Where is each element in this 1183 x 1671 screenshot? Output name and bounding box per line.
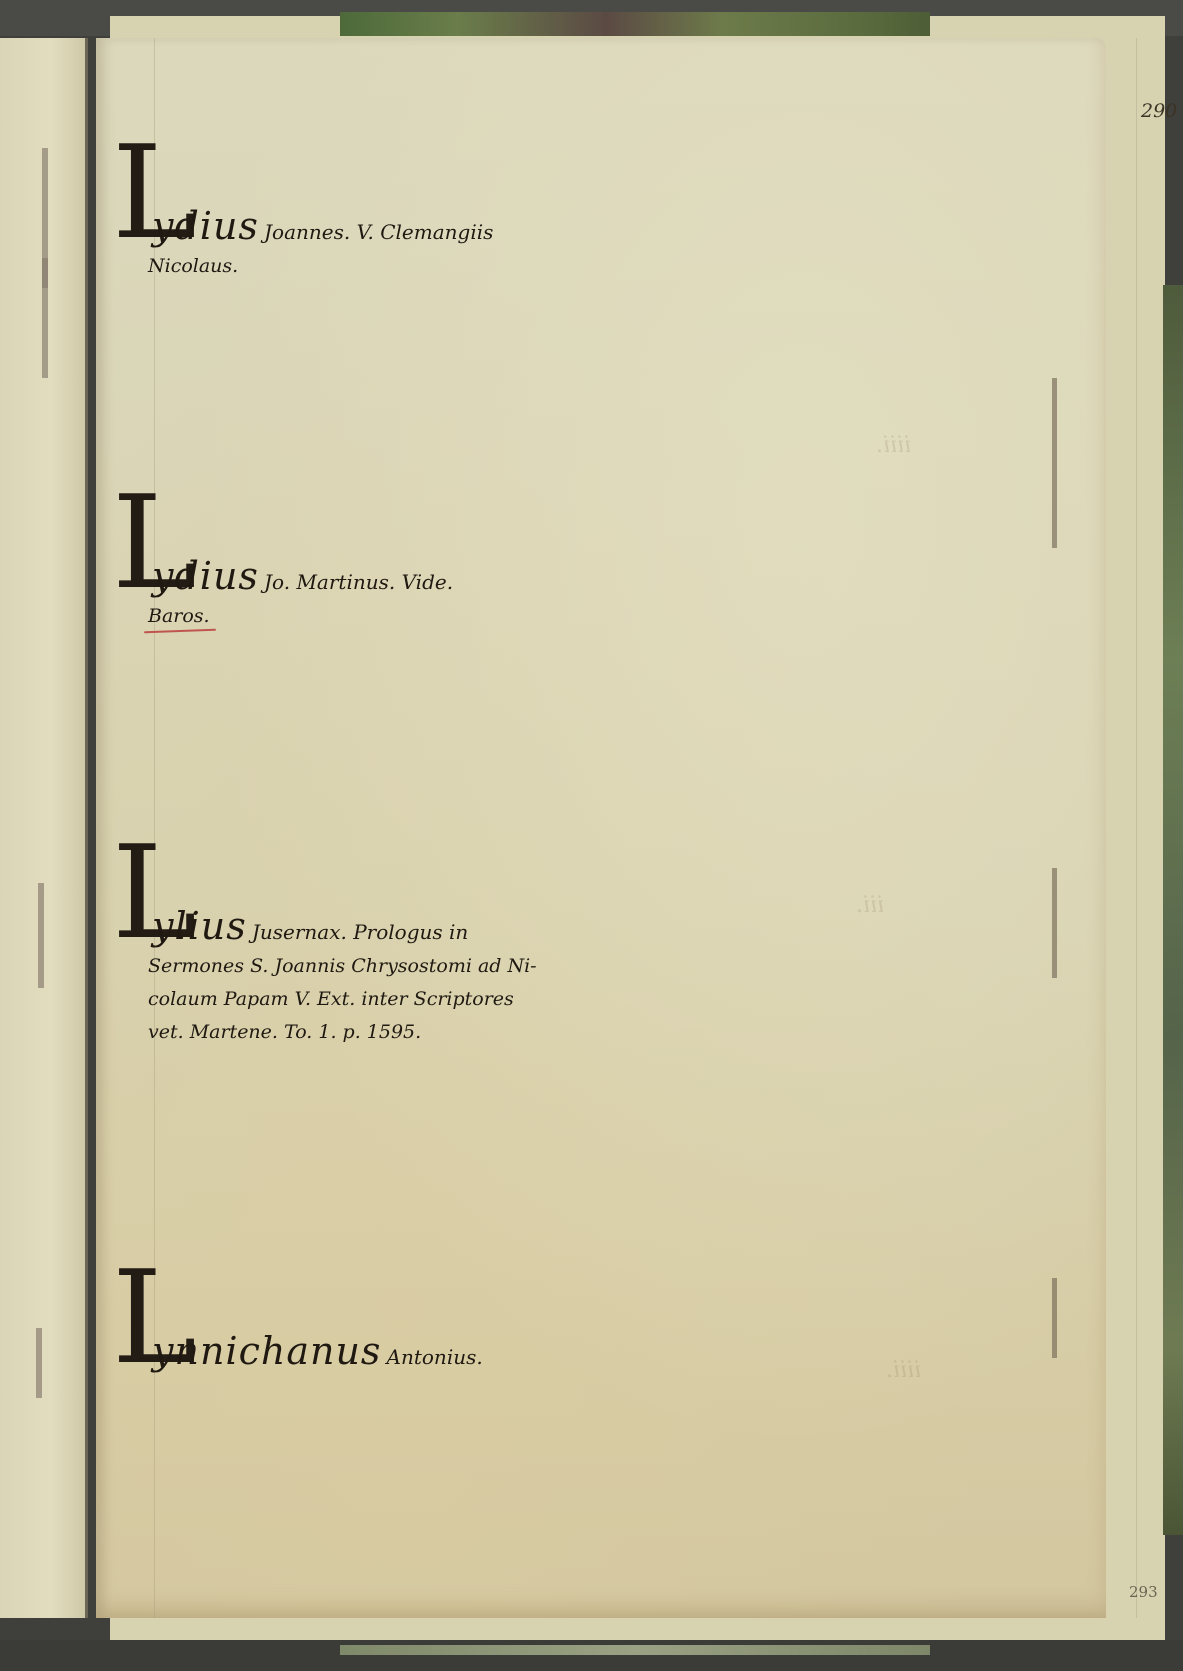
bleed-mark	[38, 883, 44, 988]
entry-line: vet. Martene. To. 1. p. 1595.	[148, 1016, 537, 1049]
entry-given-names: Jusernax. Prologus in	[252, 920, 468, 944]
bleed-through-text: iii.	[856, 893, 884, 918]
entry-given-names: Joannes. V. Clemangiis	[264, 220, 493, 244]
bleed-through-text: iiii.	[886, 1358, 921, 1383]
entry-surname: ynnichanus	[152, 1329, 381, 1373]
entry-line: Nicolaus.	[148, 250, 493, 283]
entry-given-names: Jo. Martinus. Vide.	[264, 570, 453, 594]
entry-line: ydius Jo. Martinus. Vide.	[152, 560, 453, 600]
bleed-mark	[36, 1328, 42, 1398]
marbled-edge-bottom	[340, 1645, 930, 1655]
bleed-through-text: iiii.	[876, 433, 911, 458]
right-margin-rule	[1136, 38, 1137, 1618]
bleed-mark	[1052, 1278, 1057, 1358]
facing-page-left	[0, 38, 88, 1618]
entry-text: ylius Jusernax. Prologus in Sermones S. …	[152, 910, 537, 1049]
entry-surname: ydius	[152, 204, 259, 248]
bleed-mark	[1052, 868, 1057, 978]
entry-given-names: Antonius.	[387, 1345, 483, 1369]
entry-line: ynnichanus Antonius.	[152, 1335, 483, 1375]
folio-number: 290	[1141, 100, 1177, 122]
bleed-mark	[1052, 378, 1057, 548]
entry-text: ydius Joannes. V. Clemangiis Nicolaus.	[152, 210, 493, 283]
entry-line: ydius Joannes. V. Clemangiis	[152, 210, 493, 250]
cross-reference: Baros.	[148, 605, 210, 627]
entry-surname: ydius	[152, 554, 259, 598]
entry-line: ylius Jusernax. Prologus in	[152, 910, 537, 950]
bleed-mark	[42, 258, 48, 378]
entry-line: Baros.	[148, 600, 453, 633]
entry-text: ynnichanus Antonius.	[152, 1335, 483, 1375]
entry-line: colaum Papam V. Ext. inter Scriptores	[148, 983, 537, 1016]
entry-surname: ylius	[152, 904, 247, 948]
marbled-endpaper-right	[1163, 285, 1183, 1535]
stamp-number: 293	[1129, 1583, 1158, 1601]
entry-line: Sermones S. Joannis Chrysostomi ad Ni-	[148, 950, 537, 983]
entry-text: ydius Jo. Martinus. Vide. Baros.	[152, 560, 453, 633]
marbled-endpaper-top	[340, 12, 930, 36]
manuscript-scan: iiii. iii. iiii. 290 293 L ydius Joannes…	[0, 0, 1183, 1671]
